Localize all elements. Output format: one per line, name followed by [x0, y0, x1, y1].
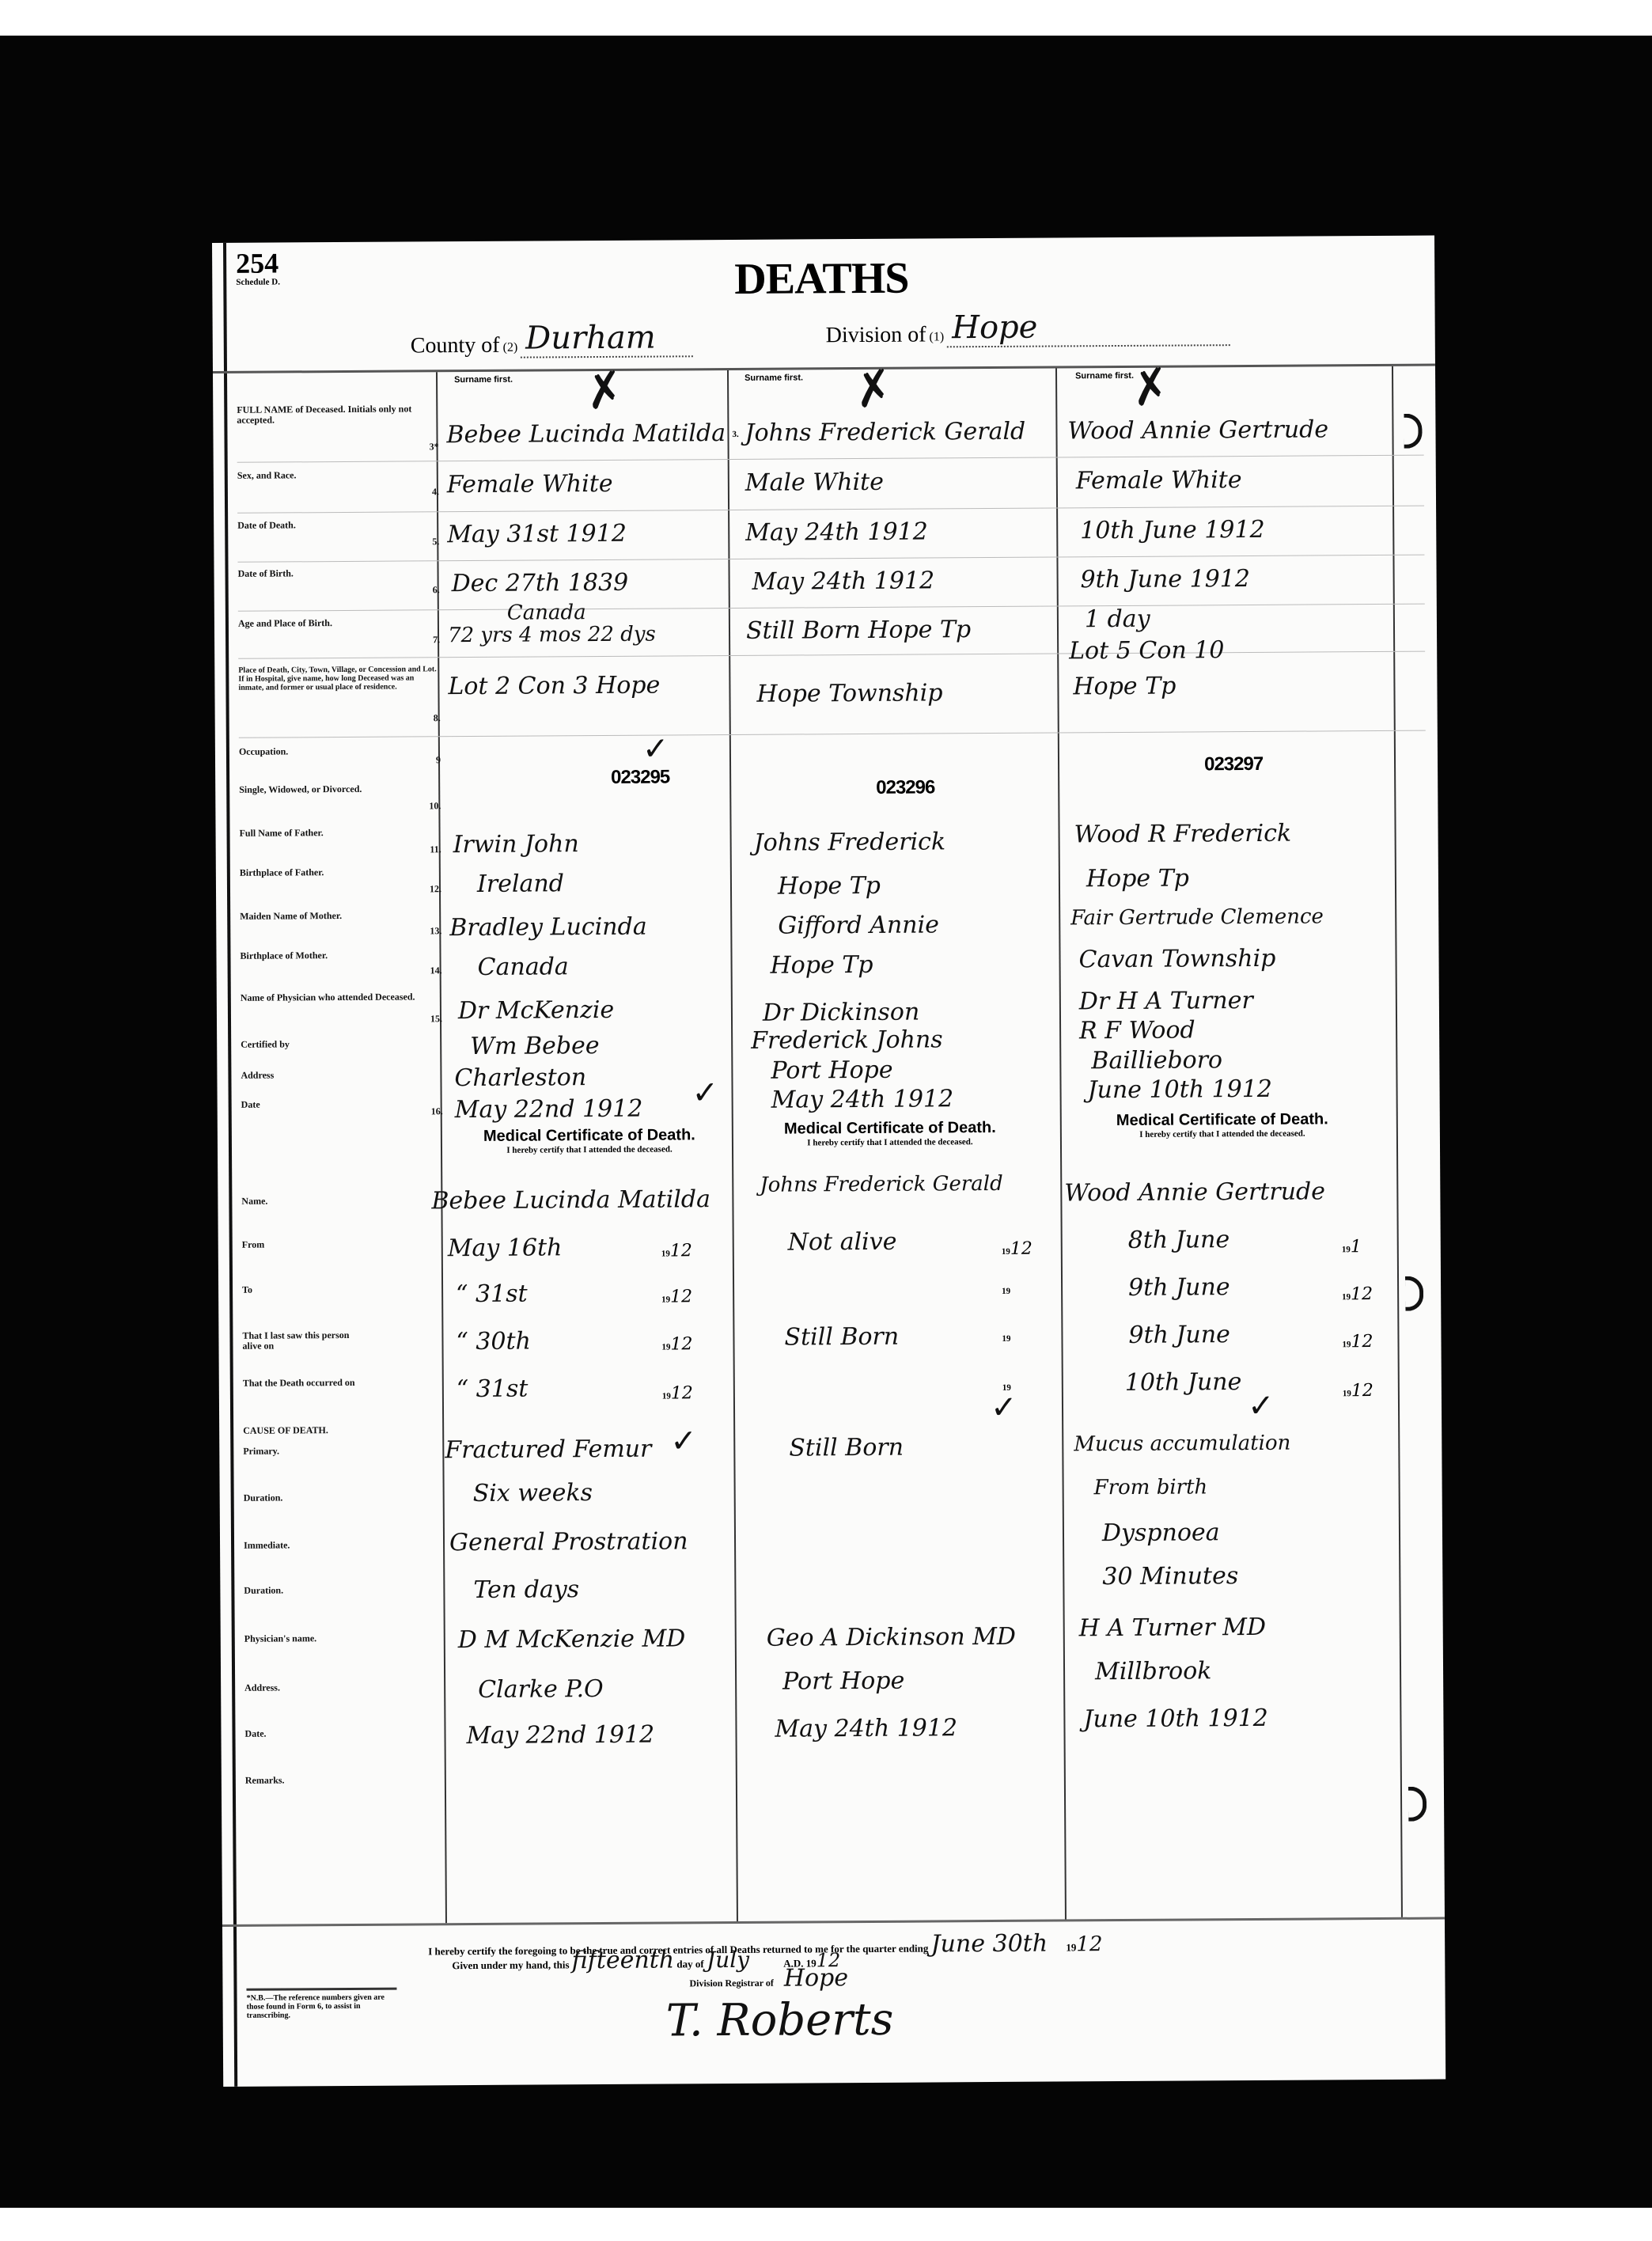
record-3-med-date: June 10th 1912 [1083, 1704, 1268, 1733]
record-3-father-name: Wood R Frederick [1074, 820, 1291, 849]
record-2-sex-race: Male White [745, 468, 884, 497]
label-father-birthplace: Birthplace of Father.12. [240, 866, 441, 878]
record-1-mother-maiden: Bradley Lucinda [449, 913, 647, 942]
label-father-name: Full Name of Father.11. [240, 827, 441, 839]
record-3-mother-birthplace: Cavan Township [1078, 945, 1275, 974]
record-3-address: Baillieboro [1091, 1046, 1222, 1075]
registrar-certification: I hereby certify the foregoing to be the… [222, 1917, 1445, 2085]
record-2-registration-number: 023296 [876, 776, 934, 798]
county-label: County of [411, 333, 500, 359]
label-sex-race: Sex, and Race.4. [237, 469, 439, 481]
record-1-physician-address: Clarke P.O [478, 1675, 604, 1704]
record-1-immediate-duration: Ten days [473, 1576, 579, 1604]
label-full-name: FULL NAME of Deceased. Initials only not… [237, 404, 438, 426]
label-cause-of-death: CAUSE OF DEATH. [243, 1424, 445, 1436]
label-date-death: Date of Death.5. [237, 519, 439, 531]
record-2-physician: Dr Dickinson [763, 999, 919, 1027]
record-3-physician-address: Millbrook [1095, 1657, 1212, 1685]
page-title: DEATHS [734, 253, 909, 305]
record-3-physician: Dr H A Turner [1079, 987, 1253, 1015]
record-1-birthplace: Canada [507, 601, 586, 625]
record-2-place-death: Hope Township [756, 679, 942, 707]
record-2-date-birth: May 24th 1912 [752, 567, 935, 595]
record-1-med-name: Bebee Lucinda Matilda [431, 1185, 710, 1215]
record-1-to: “ 31st [456, 1280, 528, 1309]
record-3-place-death: Lot 5 Con 10 [1069, 636, 1224, 665]
x-mark-icon: ✗ [1126, 357, 1175, 419]
record-3-immediate: Dyspnoea [1102, 1519, 1220, 1547]
label-age-place-birth: Age and Place of Birth.7. [238, 617, 440, 629]
check-mark-icon: ✓ [1248, 1388, 1275, 1424]
division-label: Division of [826, 322, 926, 348]
record-3-from: 8th June [1128, 1226, 1230, 1254]
division-ref: (1) [929, 330, 944, 344]
record-2-address: Port Hope [771, 1056, 892, 1085]
record-2-last-saw: Still Born [784, 1323, 899, 1352]
label-from: From [242, 1238, 444, 1250]
check-mark-icon: ✓ [691, 1075, 718, 1111]
record-2-from: Not alive [788, 1228, 897, 1257]
record-3-registration-number: 023297 [1204, 753, 1263, 775]
record-2-date: May 24th 1912 [771, 1085, 954, 1113]
record-1-physician-name: D M McKenzie MD [458, 1625, 686, 1654]
label-mother-birthplace: Birthplace of Mother.14. [240, 950, 441, 961]
record-3-date-birth: 9th June 1912 [1081, 565, 1251, 593]
record-3-place-death-2: Hope Tp [1073, 673, 1176, 701]
record-3-to-year: 1912 [1342, 1284, 1373, 1304]
column-divider [1055, 368, 1067, 1919]
label-physician-name: Physician's name. [244, 1632, 446, 1644]
check-mark-icon: ✓ [670, 1423, 697, 1459]
label-occupation: Occupation.9 [239, 745, 441, 757]
record-1-full-name: Bebee Lucinda Matilda [446, 419, 726, 449]
record-1-immediate: General Prostration [449, 1527, 688, 1557]
label-death-occurred: That the Death occurred on [243, 1378, 362, 1389]
record-2-date-death: May 24th 1912 [745, 518, 928, 546]
label-immediate-duration: Duration. [244, 1584, 445, 1596]
row-divider [237, 555, 1424, 563]
medical-certificate-heading-2: Medical Certificate of Death.I hereby ce… [748, 1119, 1032, 1148]
record-2-father-birthplace: Hope Tp [778, 872, 881, 901]
page-number: 254 [236, 248, 280, 277]
record-3-last-saw: 9th June [1128, 1321, 1230, 1349]
label-address: Address [241, 1069, 442, 1081]
column-header-1: Surname first. [454, 375, 513, 385]
record-3-primary: Mucus accumulation [1074, 1431, 1290, 1457]
record-1-to-year: 1912 [661, 1287, 692, 1306]
record-1-sex-race: Female White [447, 470, 613, 499]
check-mark-icon: ✓ [642, 730, 669, 767]
row-divider [238, 604, 1425, 612]
record-3-mother-maiden: Fair Gertrude Clemence [1070, 904, 1324, 930]
record-1-age: 72 yrs 4 mos 22 dys [448, 623, 656, 648]
record-1-date-birth: Dec 27th 1839 [452, 569, 629, 597]
label-last-saw: That I last saw this person alive on [242, 1330, 361, 1352]
column-divider [1392, 366, 1403, 1917]
x-mark-icon: ✗ [580, 360, 629, 422]
scan-background: 254 Schedule D. DEATHS County of (2) Dur… [0, 36, 1652, 2208]
row-divider [237, 506, 1424, 514]
record-1-death-occurred-year: 1912 [662, 1383, 693, 1403]
row-divider [237, 455, 1424, 463]
x-mark-icon: ✗ [849, 358, 898, 420]
schedule-label: Schedule D. [236, 277, 280, 286]
record-2-full-name: Johns Frederick Gerald [745, 418, 1025, 447]
column-header-2: Surname first. [745, 373, 803, 382]
county-field: County of (2) Durham [411, 319, 694, 358]
record-1-med-date: May 22nd 1912 [466, 1721, 654, 1750]
record-1-place-death: Lot 2 Con 3 Hope [448, 672, 660, 701]
death-register-page: 254 Schedule D. DEATHS County of (2) Dur… [212, 236, 1445, 2087]
label-to: To [242, 1284, 444, 1295]
nb-note: *N.B.—The reference numbers given are th… [246, 1988, 396, 2020]
record-1-certified-by: Wm Bebee [470, 1032, 600, 1060]
label-immediate: Immediate. [244, 1539, 445, 1551]
label-certified-by: Certified by [241, 1038, 442, 1050]
county-value: Durham [521, 319, 693, 358]
label-primary: Primary. [243, 1445, 445, 1457]
county-ref: (2) [503, 341, 518, 355]
record-3-to: 9th June [1128, 1273, 1230, 1302]
row-divider [238, 651, 1425, 659]
record-2-from-year: 1912 [1002, 1239, 1032, 1259]
record-3-primary-duration: From birth [1094, 1475, 1208, 1500]
schedule-block: 254 Schedule D. [236, 248, 280, 286]
label-date-birth: Date of Birth.6. [238, 567, 440, 579]
record-1-date-death: May 31st 1912 [447, 520, 627, 548]
record-3-physician-name: H A Turner MD [1079, 1613, 1267, 1642]
record-1-physician: Dr McKenzie [458, 996, 615, 1025]
record-2-physician-address: Port Hope [782, 1667, 904, 1696]
record-1-father-name: Irwin John [453, 830, 579, 859]
label-med-date: Date. [244, 1727, 446, 1739]
record-3-date-death: 10th June 1912 [1080, 516, 1265, 544]
division-value: Hope [947, 308, 1230, 347]
record-3-from-year: 191 [1342, 1237, 1362, 1257]
label-physician: Name of Physician who attended Deceased.… [241, 992, 442, 1003]
record-2-father-name: Johns Frederick [754, 828, 946, 856]
record-3-certified-by: R F Wood [1079, 1016, 1195, 1045]
record-2-med-date: May 24th 1912 [775, 1714, 957, 1742]
record-1-father-birthplace: Ireland [477, 870, 564, 898]
record-1-primary: Fractured Femur [445, 1435, 651, 1465]
check-mark-icon: ✓ [991, 1390, 1017, 1426]
record-3-father-birthplace: Hope Tp [1086, 864, 1189, 893]
label-med-name: Name. [241, 1195, 443, 1207]
record-3-full-name: Wood Annie Gertrude [1067, 415, 1328, 445]
record-2-mother-birthplace: Hope Tp [770, 951, 873, 980]
register-grid: Surname first. Surname first. Surname fi… [213, 364, 1445, 1924]
label-marital: Single, Widowed, or Divorced.10. [239, 783, 441, 795]
label-mother-maiden: Maiden Name of Mother.13. [240, 910, 441, 922]
medical-certificate-heading-3: Medical Certificate of Death.I hereby ce… [1080, 1110, 1365, 1139]
record-3-death-occurred: 10th June [1125, 1368, 1242, 1397]
record-3-med-name: Wood Annie Gertrude [1064, 1177, 1325, 1207]
registrar-label: Division Registrar of Hope [689, 1964, 848, 1993]
record-3-age: 1 day [1085, 605, 1150, 634]
row-divider [239, 730, 1426, 738]
record-1-date: May 22nd 1912 [455, 1095, 643, 1124]
record-1-address: Charleston [454, 1064, 586, 1092]
label-date: Date16. [241, 1098, 443, 1110]
record-1-last-saw-year: 1912 [661, 1334, 692, 1354]
record-2-med-name: Johns Frederick Gerald [760, 1172, 1003, 1197]
record-1-death-occurred: “ 31st [457, 1375, 529, 1404]
label-physician-address: Address. [244, 1682, 446, 1693]
record-2-mother-maiden: Gifford Annie [778, 911, 939, 939]
record-2-primary: Still Born [789, 1434, 904, 1462]
record-2-physician-name: Geo A Dickinson MD [767, 1623, 1016, 1652]
label-place-death: Place of Death, City, Town, Village, or … [238, 665, 440, 692]
record-3-immediate-duration: 30 Minutes [1102, 1562, 1238, 1591]
record-1-mother-birthplace: Canada [477, 953, 568, 981]
registrar-signature: T. Roberts [666, 1994, 894, 2047]
record-1-from: May 16th [448, 1234, 563, 1262]
record-3-sex-race: Female White [1076, 466, 1242, 495]
row-number: 3. [732, 430, 738, 439]
label-remarks: Remarks. [245, 1774, 447, 1786]
record-1-last-saw: “ 30th [456, 1328, 531, 1356]
record-2-to-year: 19 [1002, 1287, 1010, 1296]
record-2-certified-by: Frederick Johns [751, 1026, 943, 1054]
record-2-age-place-birth: Still Born Hope Tp [746, 616, 971, 645]
record-1-registration-number: 023295 [611, 766, 669, 788]
record-3-death-occurred-year: 1912 [1343, 1381, 1374, 1401]
record-3-last-saw-year: 1912 [1342, 1332, 1373, 1352]
record-3-date: June 10th 1912 [1087, 1075, 1272, 1104]
record-2-last-saw-year: 19 [1002, 1334, 1010, 1344]
label-primary-duration: Duration. [244, 1492, 445, 1503]
column-header-3: Surname first. [1075, 371, 1134, 381]
division-field: Division of (1) Hope [826, 308, 1231, 348]
record-1-from-year: 1912 [661, 1241, 692, 1261]
record-1-primary-duration: Six weeks [473, 1479, 593, 1507]
medical-certificate-heading-1: Medical Certificate of Death.I hereby ce… [447, 1126, 732, 1155]
